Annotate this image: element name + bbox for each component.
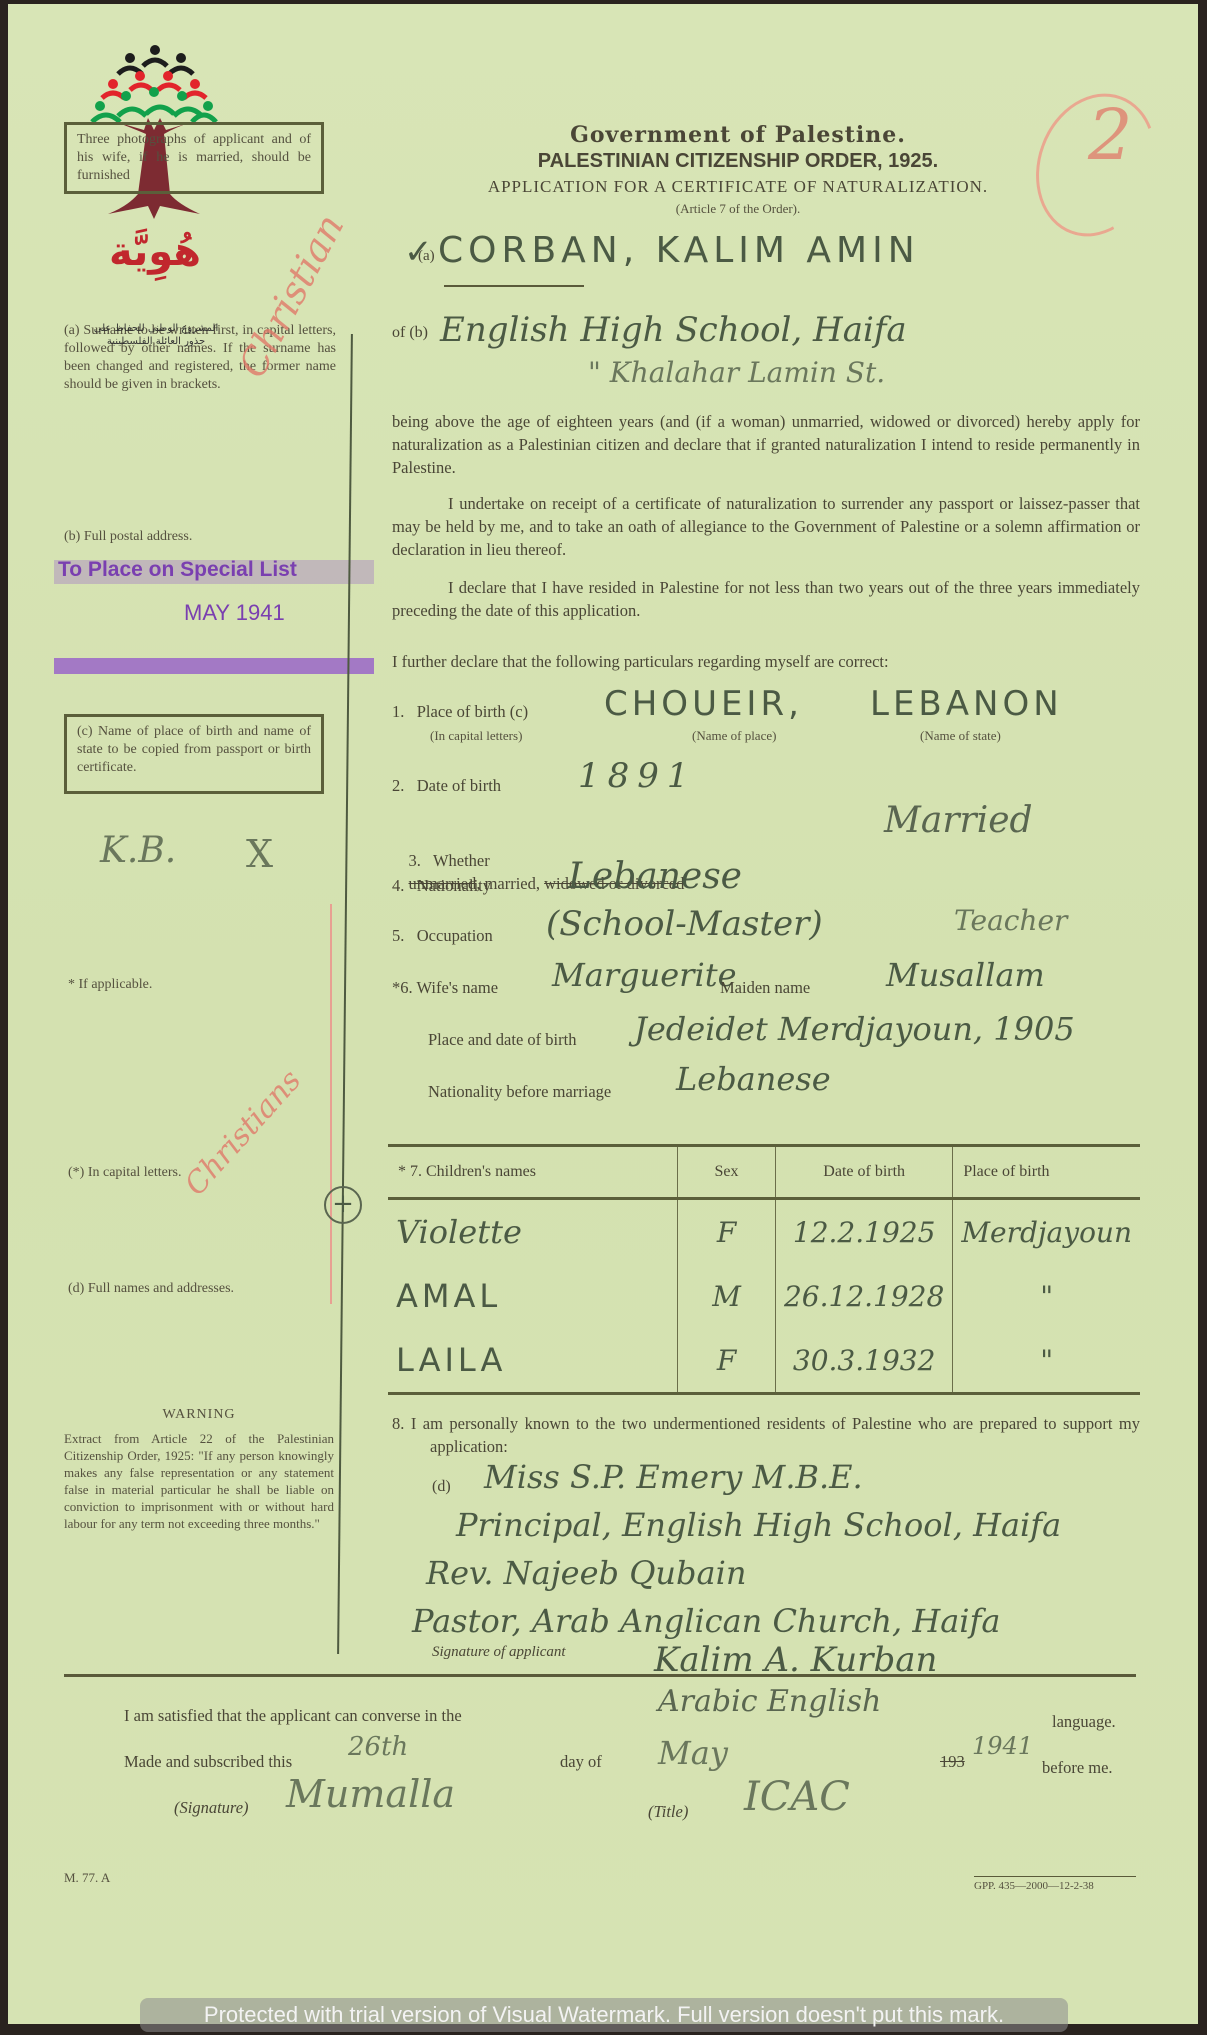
- date-of-birth-label: 2. Date of birth: [392, 774, 501, 797]
- nationality-value: Lebanese: [568, 856, 742, 897]
- applicant-signature-label: Signature of applicant: [432, 1644, 566, 1661]
- paragraph-2-text: I undertake on receipt of a certificate …: [392, 494, 1140, 559]
- header-sex: Sex: [678, 1146, 776, 1199]
- marital-status-value: Married: [884, 800, 1033, 841]
- warning-text: Extract from Article 22 of the Palestini…: [64, 1430, 334, 1532]
- plus-circle-mark: +: [324, 1186, 362, 1224]
- language-suffix: language.: [1052, 1710, 1116, 1733]
- arabic-subtitle-line-1: المشروع الوطني للحفاظ على: [76, 322, 236, 335]
- marital-prefix: 3. Whether: [409, 851, 490, 870]
- paragraph-declaration-1: being above the age of eighteen years (a…: [392, 410, 1140, 479]
- referees-intro: 8. I am personally known to the two unde…: [392, 1412, 1140, 1458]
- application-title: APPLICATION FOR A CERTIFICATE OF NATURAL…: [388, 177, 1088, 197]
- child-name: AMAL: [388, 1264, 678, 1328]
- wife-nationality-label: Nationality before marriage: [428, 1080, 611, 1103]
- note-c-text: (c) Name of place of birth and name of s…: [77, 724, 311, 775]
- sub-capital-letters: (In capital letters): [430, 728, 522, 744]
- address-line-2: " Khalahar Lamin St.: [588, 356, 885, 389]
- sub-name-of-state: (Name of state): [920, 728, 1001, 744]
- header-date-of-birth: Date of birth: [775, 1146, 952, 1199]
- article-reference: (Article 7 of the Order).: [388, 201, 1088, 217]
- arabic-subtitle-line-2: جذور العائلة الفلسطينية: [76, 335, 236, 348]
- child-dob: 26.12.1928: [775, 1264, 952, 1328]
- note-b: (b) Full postal address.: [64, 528, 334, 546]
- note-d: (d) Full names and addresses.: [68, 1280, 234, 1298]
- hawiya-arabic-title: هُوِيَّة: [100, 229, 210, 275]
- printer-code: GPP. 435—2000—12-2-38: [974, 1880, 1094, 1892]
- year-value: 1941: [972, 1732, 1033, 1760]
- state-of-birth-value: LEBANON: [870, 684, 1063, 724]
- occupation-value: (School-Master): [546, 904, 823, 944]
- address-line-1: English High School, Haifa: [440, 310, 907, 350]
- document-page: هُوِيَّة المشروع الوطني للحفاظ على جذور …: [8, 4, 1198, 2024]
- child-place: ": [953, 1264, 1140, 1328]
- table-row: LAILAF30.3.1932": [388, 1328, 1140, 1394]
- official-signature-value: Mumalla: [286, 1772, 455, 1816]
- trial-watermark-banner: Protected with trial version of Visual W…: [140, 1998, 1068, 2032]
- wife-birth-value: Jedeidet Merdjayoun, 1905: [634, 1010, 1075, 1048]
- initials-kb: K.B.: [100, 830, 176, 871]
- wife-name-label: *6. Wife's name: [392, 976, 498, 999]
- before-me-label: before me.: [1042, 1756, 1113, 1779]
- form-header: Government of Palestine. PALESTINIAN CIT…: [388, 122, 1088, 217]
- wife-name-value: Marguerite: [552, 956, 737, 994]
- label-of-b: of (b): [392, 324, 428, 342]
- language-value: Arabic English: [658, 1684, 881, 1719]
- child-dob: 12.2.1925: [775, 1199, 952, 1265]
- child-name: LAILA: [388, 1328, 678, 1394]
- applicant-name: CORBAN, KALIM AMIN: [438, 230, 920, 271]
- paragraph-3-text: I declare that I have resided in Palesti…: [392, 578, 1140, 620]
- table-row: AMALM26.12.1928": [388, 1264, 1140, 1328]
- place-of-birth-label: 1. Place of birth (c): [392, 700, 528, 723]
- red-number-2: 2: [1088, 94, 1133, 176]
- referee-1-name: Miss S.P. Emery M.B.E.: [484, 1458, 863, 1496]
- margin-pencil-line: [337, 334, 353, 1654]
- wife-birth-label: Place and date of birth: [428, 1028, 576, 1051]
- converse-prefix: I am satisfied that the applicant can co…: [124, 1704, 462, 1727]
- order-title: PALESTINIAN CITIZENSHIP ORDER, 1925.: [388, 150, 1088, 173]
- note-c-box: (c) Name of place of birth and name of s…: [64, 714, 324, 794]
- made-prefix: Made and subscribed this: [124, 1750, 292, 1773]
- place-of-birth-value: CHOUEIR,: [604, 684, 803, 724]
- header-place-of-birth: Place of birth: [953, 1146, 1140, 1199]
- year-printed: 193: [940, 1750, 965, 1773]
- child-place: Merdjayoun: [953, 1199, 1140, 1265]
- stamp-date: MAY 1941: [184, 600, 285, 626]
- stamp-text: To Place on Special List: [58, 558, 297, 582]
- child-dob: 30.3.1932: [775, 1328, 952, 1394]
- special-list-stamp: To Place on Special List MAY 1941: [54, 554, 374, 684]
- child-sex: M: [678, 1264, 776, 1328]
- official-title-value: ICAC: [744, 1774, 850, 1820]
- form-code: M. 77. A: [64, 1870, 110, 1886]
- maiden-name-value: Musallam: [886, 956, 1045, 994]
- red-margin-line: [330, 904, 332, 1304]
- photo-instructions-box: Three photographs of applicant and of hi…: [64, 122, 324, 194]
- table-row: VioletteF12.2.1925Merdjayoun: [388, 1199, 1140, 1265]
- children-table: * 7. Children's names Sex Date of birth …: [388, 1144, 1140, 1395]
- certification-divider: [64, 1674, 1136, 1677]
- maiden-name-label: Maiden name: [720, 976, 810, 999]
- child-place: ": [953, 1328, 1140, 1394]
- official-signature-label: (Signature): [174, 1796, 249, 1819]
- paragraph-declaration-4: I further declare that the following par…: [392, 650, 1140, 673]
- nationality-label: 4. Nationality: [392, 874, 491, 897]
- cross-mark: X: [246, 832, 273, 876]
- label-d: (d): [432, 1478, 451, 1496]
- occupation-annotation: Teacher: [954, 904, 1067, 937]
- warning-title: WARNING: [64, 1406, 334, 1424]
- official-title-label: (Title): [648, 1800, 688, 1823]
- child-sex: F: [678, 1199, 776, 1265]
- capital-letters-note: (*) In capital letters.: [68, 1164, 182, 1182]
- occupation-label: 5. Occupation: [392, 924, 493, 947]
- children-table-header: * 7. Children's names Sex Date of birth …: [388, 1146, 1140, 1199]
- sub-name-of-place: (Name of place): [692, 728, 776, 744]
- photo-instructions-text: Three photographs of applicant and of hi…: [77, 132, 311, 183]
- referee-2-address: Pastor, Arab Anglican Church, Haifa: [412, 1602, 1000, 1640]
- referee-1-address: Principal, English High School, Haifa: [456, 1506, 1061, 1544]
- paragraph-declaration-3: I declare that I have resided in Palesti…: [392, 576, 1140, 622]
- warning-block: WARNING Extract from Article 22 of the P…: [64, 1406, 334, 1532]
- month-value: May: [658, 1734, 728, 1772]
- date-of-birth-value: 1891: [578, 756, 697, 796]
- day-of-label: day of: [560, 1750, 602, 1773]
- day-value: 26th: [348, 1732, 408, 1762]
- paragraph-declaration-2: I undertake on receipt of a certificate …: [392, 492, 1140, 561]
- child-sex: F: [678, 1328, 776, 1394]
- referee-2-name: Rev. Najeeb Qubain: [426, 1554, 746, 1592]
- printer-code-rule: [974, 1876, 1136, 1877]
- government-title: Government of Palestine.: [388, 122, 1088, 148]
- header-children-names: * 7. Children's names: [388, 1146, 678, 1199]
- hawiya-arabic-subtitle: المشروع الوطني للحفاظ على جذور العائلة ا…: [76, 322, 236, 348]
- child-name: Violette: [388, 1199, 678, 1265]
- margin-annotation-christians: Christians: [178, 1063, 308, 1202]
- label-a: (a): [418, 248, 435, 265]
- name-underline: [444, 285, 584, 287]
- wife-nationality-value: Lebanese: [676, 1060, 831, 1098]
- if-applicable-note: * If applicable.: [68, 976, 152, 994]
